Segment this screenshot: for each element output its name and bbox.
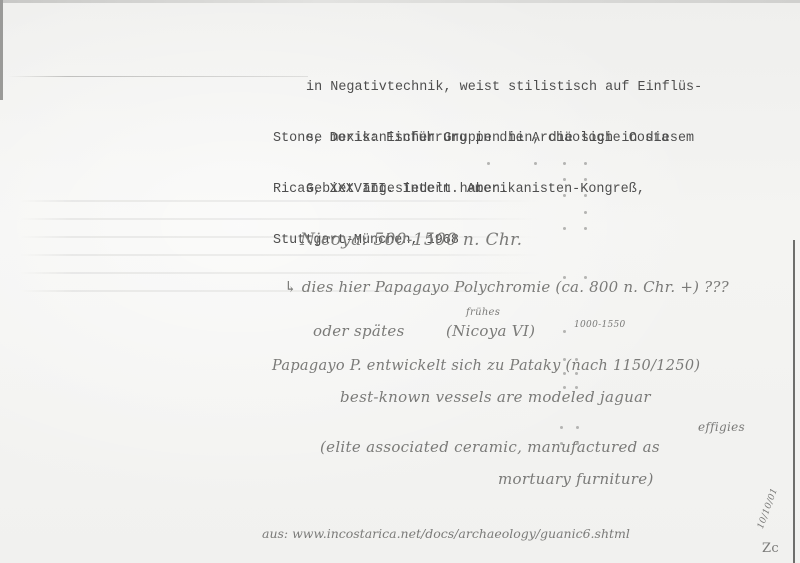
- right-border-line: [793, 240, 795, 563]
- handwritten-insertion-effigies: effigies: [698, 420, 745, 434]
- handwritten-date: 10/10/01: [756, 487, 780, 531]
- handwritten-insertion-fruehes: frühes: [466, 307, 500, 318]
- archive-card: in Negativtechnik, weist stilistisch auf…: [0, 0, 800, 563]
- card-top-edge: [0, 0, 800, 3]
- handwritten-line-2-prefix: oder spätes: [313, 322, 405, 340]
- handwritten-initials: Zc: [762, 541, 779, 556]
- handwritten-line-3: Papagayo P. entwickelt sich zu Pataky (n…: [272, 358, 700, 374]
- typed-line: Ricas, XXXVIII. Intern. Amerikanisten-Ko…: [273, 181, 669, 198]
- handwritten-line-4: best-known vessels are modeled jaguar: [340, 388, 651, 406]
- handwritten-line-2-date: 1000-1550: [574, 320, 626, 330]
- typed-line: Stone, Doris: Einführung in die Archäolo…: [273, 130, 669, 147]
- card-left-edge: [0, 0, 3, 100]
- typed-line: in Negativtechnik, weist stilistisch auf…: [306, 79, 702, 96]
- fold-line: [8, 76, 308, 77]
- typed-citation: Stone, Doris: Einführung in die Archäolo…: [273, 96, 669, 283]
- handwritten-line-6: mortuary furniture): [498, 470, 654, 488]
- handwritten-line-5: (elite associated ceramic, manufactured …: [320, 438, 660, 456]
- handwritten-heading: Nicoya: 500-1500 n. Chr.: [300, 230, 522, 250]
- handwritten-line-2-main: (Nicoya VI): [446, 322, 535, 340]
- handwritten-line-1: ↳ dies hier Papagayo Polychromie (ca. 80…: [284, 278, 729, 296]
- handwritten-source-url: aus: www.incostarica.net/docs/archaeolog…: [262, 526, 630, 541]
